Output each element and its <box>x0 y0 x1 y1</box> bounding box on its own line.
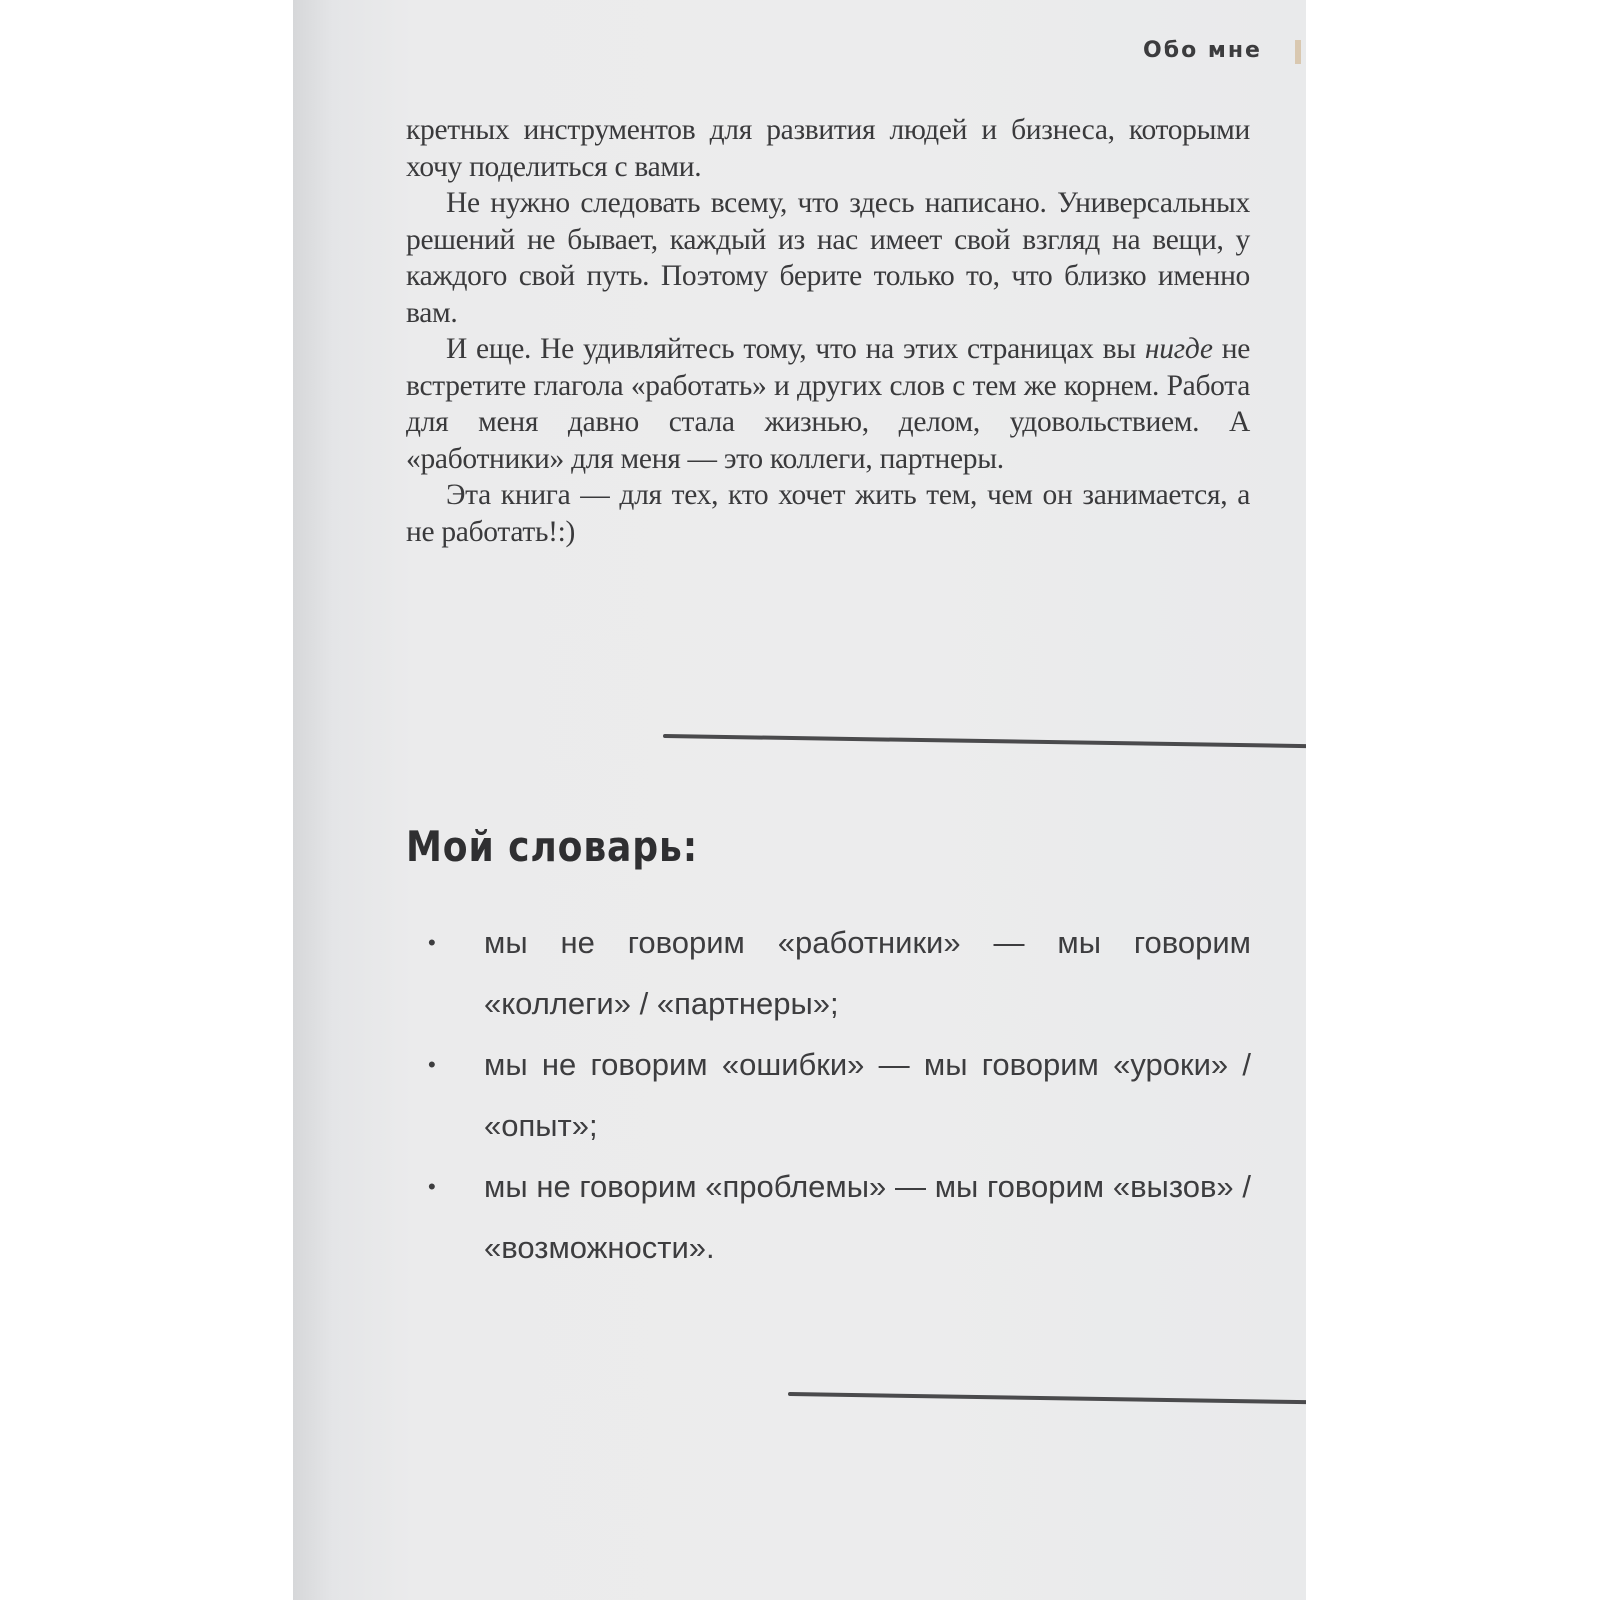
bullet-icon: • <box>428 912 436 973</box>
paragraph: И еще. Не удивляйтесь тому, что на этих … <box>406 331 1250 477</box>
divider-rule <box>663 734 1306 748</box>
body-text: кретных инструментов для развития людей … <box>406 112 1250 550</box>
section-heading: Мой словарь: <box>406 822 698 871</box>
list-item: •мы не говорим «проблемы» — мы говорим «… <box>406 1156 1251 1278</box>
vocabulary-list: •мы не говорим «работники» — мы говорим … <box>406 912 1251 1278</box>
book-page: Обо мне кретных инструментов для развити… <box>293 0 1306 1600</box>
paragraph: Эта книга — для тех, кто хочет жить тем,… <box>406 477 1250 550</box>
paragraph: Не нужно следовать всему, что здесь напи… <box>406 185 1250 331</box>
list-item: •мы не говорим «ошибки» — мы говорим «ур… <box>406 1034 1251 1156</box>
list-item: •мы не говорим «работники» — мы говорим … <box>406 912 1251 1034</box>
bullet-icon: • <box>428 1156 436 1217</box>
emphasis: нигде <box>1145 333 1213 365</box>
bullet-icon: • <box>428 1034 436 1095</box>
paragraph: кретных инструментов для развития людей … <box>406 112 1250 185</box>
chapter-tab-marker <box>1295 40 1301 64</box>
divider-rule <box>788 1392 1306 1404</box>
running-head: Обо мне <box>1143 38 1262 63</box>
